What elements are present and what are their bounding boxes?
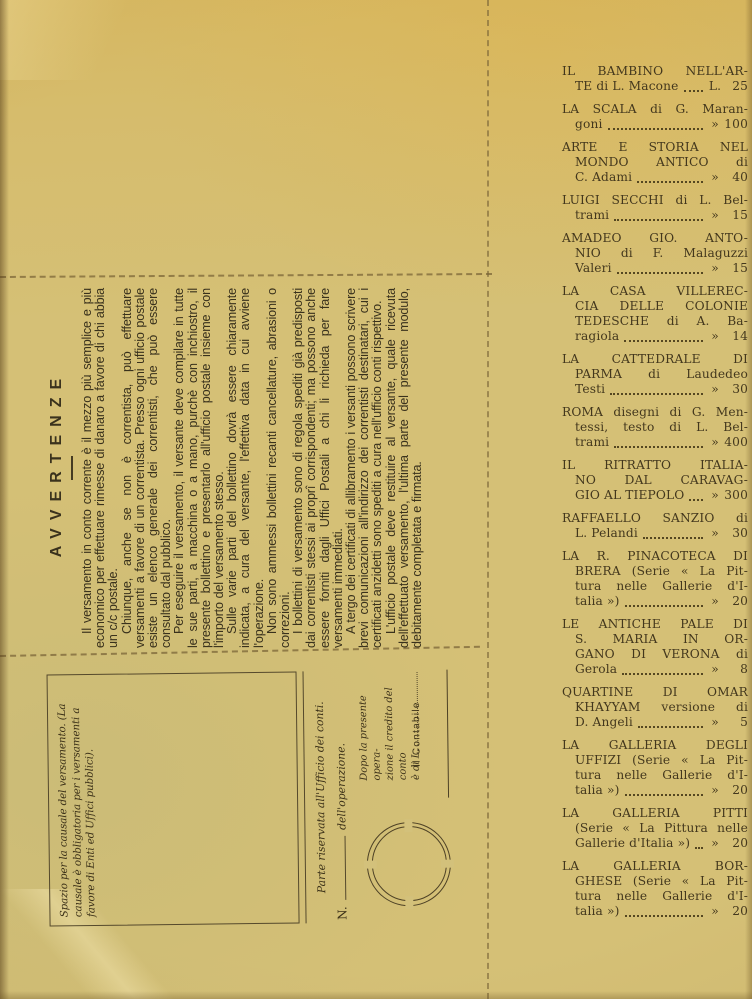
list-item: LA SCALA di G. Maran-goni»100	[562, 102, 748, 132]
scanned-postal-form: AVVERTENZE Il versamento in conto corren…	[0, 0, 752, 999]
stamp-gap	[405, 896, 413, 909]
currency-mark: »	[707, 662, 723, 677]
paper-edge-left	[0, 0, 9, 999]
currency-mark: »	[707, 715, 723, 730]
dotted-leader	[624, 330, 703, 342]
list-item-line: ROMA disegni di G. Men-	[562, 405, 748, 420]
list-item-line: UFFIZI (Serie « La Pit-	[562, 753, 748, 768]
currency-mark: »	[707, 329, 723, 344]
list-item-text: GIO AL TIEPOLO	[575, 488, 684, 503]
list-item-last-line: goni»100	[562, 117, 748, 132]
dotted-leader	[684, 80, 703, 92]
list-item-text: TE di L. Macone	[575, 79, 679, 94]
currency-mark: »	[707, 526, 723, 541]
paragraph: A tergo dei certificati di allibramento …	[345, 288, 385, 648]
list-item-last-line: GIO AL TIEPOLO»300	[562, 488, 748, 503]
list-item-last-line: trami»15	[562, 208, 748, 223]
currency-mark: »	[707, 435, 723, 450]
list-item-line: IL RITRATTO ITALIA-	[562, 458, 748, 473]
currency-mark: »	[707, 117, 723, 132]
signature-area: Il Contabile	[410, 670, 449, 798]
list-item: ROMA disegni di G. Men-tessi, testo di L…	[562, 405, 748, 450]
paragraph: Chiunque, anche se non è correntista, pu…	[121, 288, 174, 648]
list-item-text: ragiola	[575, 329, 619, 344]
stamp-and-signature-row: Dopo la presente opera- zione il credito…	[349, 669, 470, 922]
form-bottom-section: Spazio per la causale del versamento. (L…	[40, 657, 471, 930]
list-item-last-line: D. Angeli»5	[562, 715, 748, 730]
list-item-line: CIA DELLE COLONIE	[562, 299, 748, 314]
list-item-text: L. Pelandi	[575, 526, 638, 541]
list-item: ARTE E STORIA NELMONDO ANTICO diC. Adami…	[562, 140, 748, 185]
title-rule	[71, 456, 73, 480]
dotted-leader	[617, 262, 703, 274]
currency-mark: »	[707, 836, 723, 851]
currency-mark: »	[707, 783, 723, 798]
list-item-line: tessi, testo di L. Bel-	[562, 420, 748, 435]
stamp-circle	[366, 822, 451, 907]
dotted-leader	[622, 663, 703, 675]
credit-line: Dopo la presente opera-	[357, 672, 384, 780]
causale-box: Spazio per la causale del versamento. (L…	[47, 671, 300, 926]
list-item: AMADEO GIO. ANTO-NIO di F. MalaguzziVale…	[562, 231, 748, 276]
dotted-leader	[614, 436, 703, 448]
dotted-leader	[614, 209, 703, 221]
list-item-line: tura nelle Gallerie d'I-	[562, 768, 748, 783]
list-item-line: LA GALLERIA BOR-	[562, 859, 748, 874]
list-item-text: Valeri	[575, 261, 612, 276]
ufficio-conti-heading: Parte riservata all'Ufficio dei conti.	[313, 671, 329, 923]
currency-mark: »	[707, 382, 723, 397]
paragraph: Per eseguire il versamento, il versante …	[173, 288, 226, 648]
avvertenze-section: AVVERTENZE Il versamento in conto corren…	[48, 283, 448, 653]
credit-line: zione il credito del conto	[383, 672, 410, 780]
list-item-text: talia »)	[575, 783, 620, 798]
avvertenze-body: Il versamento in conto corrente è il mez…	[81, 283, 424, 653]
list-item-text: Gallerie d'Italia »)	[575, 836, 690, 851]
list-item-last-line: L. Pelandi»30	[562, 526, 748, 541]
price-list: IL BAMBINO NELL'AR-TE di L. MaconeL.25LA…	[562, 64, 748, 927]
list-item-last-line: Testi»30	[562, 382, 748, 397]
operation-number-line: N. dell'operazione.	[333, 671, 350, 923]
paragraph: I bollettini di versamento sono di regol…	[292, 288, 345, 648]
list-item-last-line: trami»400	[562, 435, 748, 450]
list-item-line: MONDO ANTICO di	[562, 155, 748, 170]
list-item-line: AMADEO GIO. ANTO-	[562, 231, 748, 246]
list-item-text: talia »)	[575, 904, 620, 919]
list-item-line: QUARTINE DI OMAR	[562, 685, 748, 700]
list-item: LA GALLERIA PITTI(Serie « La Pittura nel…	[562, 806, 748, 851]
list-item-line: LA SCALA di G. Maran-	[562, 102, 748, 117]
dotted-leader	[638, 716, 703, 728]
list-item-line: ARTE E STORIA NEL	[562, 140, 748, 155]
list-item-text: C. Adami	[575, 170, 632, 185]
list-item-text: trami	[575, 435, 609, 450]
list-item-last-line: C. Adami»40	[562, 170, 748, 185]
dotted-leader	[610, 383, 703, 395]
paragraph: Sulle varie parti del bollettino dovrà e…	[226, 288, 266, 648]
stamp-gap	[441, 860, 454, 868]
signature-line	[446, 670, 449, 798]
n-label: N.	[335, 906, 349, 920]
stamp-circle-inner	[371, 826, 447, 902]
signature-label: Il Contabile	[410, 670, 424, 798]
list-item-text: Testi	[575, 382, 605, 397]
operation-number-blank	[336, 836, 347, 901]
list-item-last-line: talia »)»20	[562, 783, 748, 798]
list-item-line: LA CATTEDRALE DI	[562, 352, 748, 367]
paragraph: Il versamento in conto corrente è il mez…	[81, 288, 121, 648]
list-item-last-line: TE di L. MaconeL.25	[562, 79, 748, 94]
currency-mark: »	[707, 208, 723, 223]
paper-edge-right	[745, 0, 752, 999]
list-item-text: goni	[575, 117, 603, 132]
dotted-leader	[625, 905, 703, 917]
list-item-line: LA GALLERIA DEGLI	[562, 738, 748, 753]
list-item: IL RITRATTO ITALIA-NO DAL CARAVAG-GIO AL…	[562, 458, 748, 503]
list-item-line: tura nelle Gallerie d'I-	[562, 889, 748, 904]
perforation-line-vertical	[487, 0, 489, 999]
list-item: LA CASA VILLEREC-CIA DELLE COLONIETEDESC…	[562, 284, 748, 344]
list-item-line: KHAYYAM versione di	[562, 700, 748, 715]
currency-mark: »	[707, 170, 723, 185]
currency-mark: »	[707, 488, 723, 503]
dotted-leader	[637, 171, 703, 183]
list-item: LA GALLERIA BOR-GHESE (Serie « La Pit-tu…	[562, 859, 748, 919]
list-item-line: LA GALLERIA PITTI	[562, 806, 748, 821]
operation-label: dell'operazione.	[334, 743, 348, 830]
stamp-gap	[404, 819, 412, 832]
currency-mark: »	[707, 904, 723, 919]
list-item: LUIGI SECCHI di L. Bel-trami»15	[562, 193, 748, 223]
currency-mark: »	[707, 261, 723, 276]
stamp-gap	[364, 861, 377, 869]
list-item-line: LA R. PINACOTECA DI	[562, 549, 748, 564]
list-item: IL BAMBINO NELL'AR-TE di L. MaconeL.25	[562, 64, 748, 94]
dotted-leader	[695, 837, 703, 849]
list-item-last-line: talia »)»20	[562, 904, 748, 919]
paragraph: Non sono ammessi bollettini recanti canc…	[266, 288, 292, 648]
list-item-line: NO DAL CARAVAG-	[562, 473, 748, 488]
currency-mark: »	[707, 594, 723, 609]
list-item-line: LE ANTICHE PALE DI	[562, 617, 748, 632]
dotted-leader	[643, 527, 703, 539]
list-item-line: (Serie « La Pittura nelle	[562, 821, 748, 836]
list-item: LA GALLERIA DEGLIUFFIZI (Serie « La Pit-…	[562, 738, 748, 798]
list-item-last-line: Valeri»15	[562, 261, 748, 276]
list-item-line: PARMA di Laudedeo	[562, 367, 748, 382]
causale-text: Spazio per la causale del versamento. (L…	[56, 683, 100, 917]
list-item-text: trami	[575, 208, 609, 223]
list-item-line: S. MARIA IN OR-	[562, 632, 748, 647]
perforation-line-top	[0, 273, 492, 278]
list-item-line: GANO DI VERONA di	[562, 647, 748, 662]
list-item-line: TEDESCHE di A. Ba-	[562, 314, 748, 329]
list-item: RAFFAELLO SANZIO diL. Pelandi»30	[562, 511, 748, 541]
list-item-line: LUIGI SECCHI di L. Bel-	[562, 193, 748, 208]
list-item-last-line: ragiola»14	[562, 329, 748, 344]
dotted-leader	[689, 489, 703, 501]
paragraph: L'ufficio postale deve restituire al ver…	[385, 288, 425, 648]
paper-corner-highlight	[0, 0, 180, 80]
list-item-text: D. Angeli	[575, 715, 633, 730]
list-item: LA R. PINACOTECA DIBRERA (Serie « La Pit…	[562, 549, 748, 609]
list-item-last-line: Gerola»8	[562, 662, 748, 677]
list-item-line: tura nelle Gallerie d'I-	[562, 579, 748, 594]
list-item-text: talia »)	[575, 594, 620, 609]
list-item-text: Gerola	[575, 662, 617, 677]
list-item-line: BRERA (Serie « La Pit-	[562, 564, 748, 579]
list-item: LA CATTEDRALE DIPARMA di LaudedeoTesti»3…	[562, 352, 748, 397]
dotted-leader	[608, 118, 704, 130]
avvertenze-title: AVVERTENZE	[48, 283, 66, 653]
list-item-last-line: Gallerie d'Italia »)»20	[562, 836, 748, 851]
dotted-leader	[625, 595, 703, 607]
paper-edge-bottom	[0, 991, 752, 999]
ufficio-conti-section: Parte riservata all'Ufficio dei conti. N…	[303, 669, 468, 923]
list-item: QUARTINE DI OMARKHAYYAM versione diD. An…	[562, 685, 748, 730]
list-item-line: LA CASA VILLEREC-	[562, 284, 748, 299]
list-item-line: RAFFAELLO SANZIO di	[562, 511, 748, 526]
list-item-last-line: talia »)»20	[562, 594, 748, 609]
currency-mark: L.	[707, 79, 723, 94]
list-item: LE ANTICHE PALE DIS. MARIA IN OR-GANO DI…	[562, 617, 748, 677]
list-item-line: NIO di F. Malaguzzi	[562, 246, 748, 261]
list-item-line: GHESE (Serie « La Pit-	[562, 874, 748, 889]
list-item-line: IL BAMBINO NELL'AR-	[562, 64, 748, 79]
dotted-leader	[625, 784, 703, 796]
